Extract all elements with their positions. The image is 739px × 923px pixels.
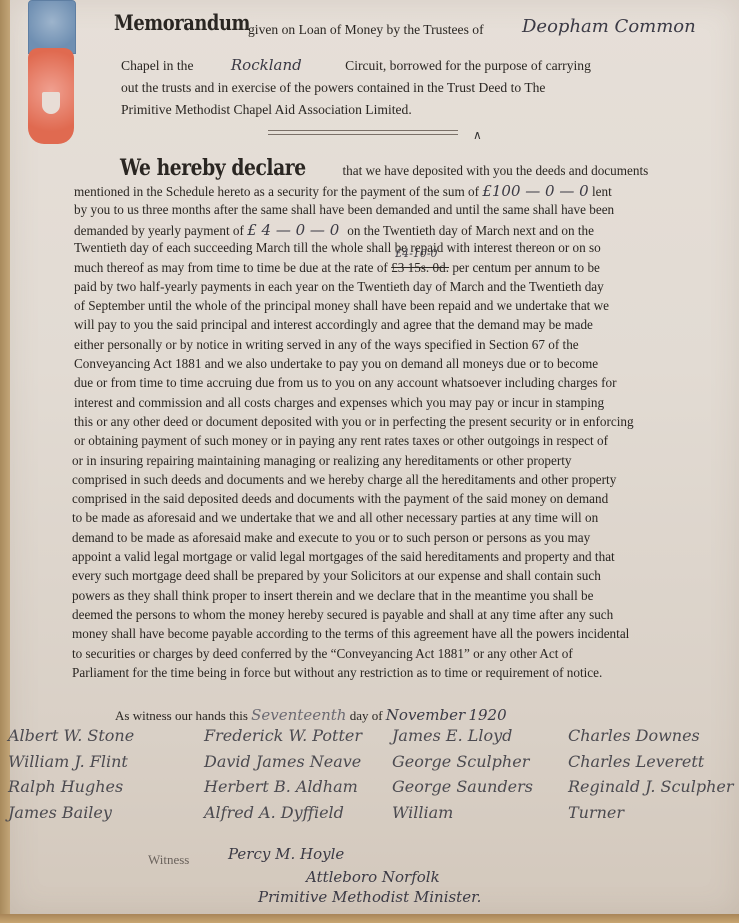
sum-suffix: lent (589, 184, 612, 199)
declaration-line: demand to be made as aforesaid make and … (72, 530, 590, 546)
declaration-text: interest and commission and all costs ch… (74, 395, 604, 410)
declaration-line: or obtaining payment of such money or in… (74, 433, 608, 449)
declaration-text: demanded by yearly payment of (74, 223, 247, 238)
yearly-payment-handwritten: £ 4 — 0 — 0 (247, 221, 339, 239)
declaration-opening: We hereby declare (120, 155, 306, 181)
year-handwritten: 1920 (468, 706, 506, 724)
declaration-text: every such mortgage deed shall be prepar… (72, 568, 601, 583)
heading-line3: out the trusts and in exercise of the po… (121, 80, 545, 96)
declaration-text: that we have deposited with you the deed… (342, 163, 648, 178)
declaration-text: to securities or charges by deed conferr… (72, 646, 573, 661)
declaration-line: demanded by yearly payment of £ 4 — 0 — … (74, 221, 594, 239)
memorandum-initial-word: Memorandum (114, 10, 250, 35)
witness-clause: As witness our hands this Seventeenth da… (115, 706, 507, 724)
rate-correction: £3 15s. 0d.£4-10-0 (391, 260, 449, 276)
witness-label: Witness (148, 852, 189, 868)
declaration-line: much thereof as may from time to time be… (74, 260, 600, 276)
declaration-text: of September until the whole of the prin… (74, 298, 609, 313)
declaration-line: interest and commission and all costs ch… (74, 395, 604, 411)
declaration-text: comprised in the said deposited deeds an… (72, 491, 608, 506)
declaration-text: deemed the persons to whom the money her… (72, 607, 613, 622)
declaration-line: deemed the persons to whom the money her… (72, 607, 613, 623)
declaration-line: comprised in the said deposited deeds an… (72, 491, 608, 507)
circuit-handwritten: Rockland (231, 56, 302, 74)
signature: Ralph Hughes (8, 777, 123, 796)
heading-line1: given on Loan of Money by the Trustees o… (248, 22, 484, 38)
declaration-text: comprised in such deeds and documents an… (72, 472, 616, 487)
declaration-line: comprised in such deeds and documents an… (72, 472, 616, 488)
declaration-text: due or from time to time accruing due fr… (74, 375, 616, 390)
witness-clause-middle: day of (350, 708, 383, 723)
heading-line4: Primitive Methodist Chapel Aid Associati… (121, 102, 412, 118)
desk-edge-bottom (0, 914, 739, 923)
signature: James Bailey (8, 803, 112, 822)
signature: George Sculpher (392, 752, 529, 771)
witness-place: Attleboro Norfolk (306, 868, 440, 886)
day-handwritten: Seventeenth (251, 706, 346, 724)
declaration-line: Conveyancing Act 1881 and we also undert… (74, 356, 598, 372)
declaration-text: mentioned in the Schedule hereto as a se… (74, 184, 482, 199)
signature: Herbert B. Aldham (204, 777, 358, 796)
declaration-line: Parliament for the time being in force b… (72, 665, 602, 681)
ornament-mark: ∧ (473, 128, 482, 143)
declaration-line: mentioned in the Schedule hereto as a se… (74, 182, 612, 200)
signature: William J. Flint (8, 752, 128, 771)
declaration-text: or obtaining payment of such money or in… (74, 433, 608, 448)
signature: Albert W. Stone (8, 726, 134, 745)
rate-handwritten: £4-10-0 (395, 247, 437, 260)
line2-suffix: Circuit, borrowed for the purpose of car… (345, 58, 591, 73)
declaration-line: will pay to you the said principal and i… (74, 317, 593, 333)
declaration-text: Parliament for the time being in force b… (72, 665, 602, 680)
declaration-line: due or from time to time accruing due fr… (74, 375, 616, 391)
witness-name: Percy M. Hoyle (228, 845, 344, 863)
declaration-text: or in insuring repairing maintaining man… (72, 453, 572, 468)
heading-line2: Chapel in the Rockland Circuit, borrowed… (121, 56, 591, 74)
declaration-text: Conveyancing Act 1881 and we also undert… (74, 356, 598, 371)
signature: Turner (568, 803, 624, 822)
signature: Reginald J. Sculpher (568, 777, 734, 796)
declaration-text: Twentieth day of each succeeding March t… (74, 240, 601, 255)
declaration-text: appoint a valid legal mortgage or valid … (72, 549, 615, 564)
signature: Frederick W. Potter (204, 726, 362, 745)
declaration-line: every such mortgage deed shall be prepar… (72, 568, 601, 584)
signature: Alfred A. Dyffield (204, 803, 344, 822)
declaration-text: this or any other deed or document depos… (74, 414, 634, 429)
signature: James E. Lloyd (392, 726, 512, 745)
revenue-stamp (20, 0, 76, 150)
declaration-line: to be made as aforesaid and we undertake… (72, 510, 598, 526)
month-handwritten: November (386, 706, 465, 724)
stamp-blue-part (28, 0, 76, 54)
declaration-line: We hereby declarethat we have deposited … (120, 155, 648, 181)
declaration-line: either personally or by notice in writin… (74, 337, 579, 353)
rate-suffix: per centum per annum to be (449, 260, 600, 275)
declaration-text: by you to us three months after the same… (74, 202, 614, 217)
declaration-text: either personally or by notice in writin… (74, 337, 579, 352)
trustees-of-handwritten: Deopham Common (522, 16, 696, 37)
signature: Charles Downes (568, 726, 700, 745)
declaration-text: paid by two half-yearly payments in each… (74, 279, 604, 294)
declaration-line: to securities or charges by deed conferr… (72, 646, 573, 662)
declaration-text: powers as they shall think proper to ins… (72, 588, 593, 603)
signature: David James Neave (204, 752, 361, 771)
declaration-line: or in insuring repairing maintaining man… (72, 453, 572, 469)
witness-clause-prefix: As witness our hands this (115, 708, 248, 723)
declaration-line: Twentieth day of each succeeding March t… (74, 240, 601, 256)
declaration-line: paid by two half-yearly payments in each… (74, 279, 604, 295)
rate-struck: £3 15s. 0d. (391, 260, 449, 275)
declaration-line: powers as they shall think proper to ins… (72, 588, 593, 604)
declaration-line: money shall have become payable accordin… (72, 626, 629, 642)
yearly-payment-suffix: on the Twentieth day of March next and o… (347, 223, 594, 238)
declaration-text: will pay to you the said principal and i… (74, 317, 593, 332)
declaration-text: money shall have become payable accordin… (72, 626, 629, 641)
declaration-line: of September until the whole of the prin… (74, 298, 609, 314)
memorandum-heading: Memorandum given on Loan of Money by the… (114, 10, 274, 35)
sum-handwritten: £100 — 0 — 0 (482, 182, 588, 200)
stamp-shield-icon (42, 92, 60, 114)
signature: William (392, 803, 453, 822)
declaration-text: to be made as aforesaid and we undertake… (72, 510, 598, 525)
declaration-text: demand to be made as aforesaid make and … (72, 530, 590, 545)
signature: George Saunders (392, 777, 533, 796)
declaration-text: much thereof as may from time to time be… (74, 260, 391, 275)
declaration-line: this or any other deed or document depos… (74, 414, 634, 430)
declaration-line: by you to us three months after the same… (74, 202, 614, 218)
declaration-line: appoint a valid legal mortgage or valid … (72, 549, 615, 565)
witness-title: Primitive Methodist Minister. (258, 888, 481, 906)
line2-prefix: Chapel in the (121, 58, 193, 73)
heading-divider (268, 130, 458, 135)
signature: Charles Leverett (568, 752, 704, 771)
